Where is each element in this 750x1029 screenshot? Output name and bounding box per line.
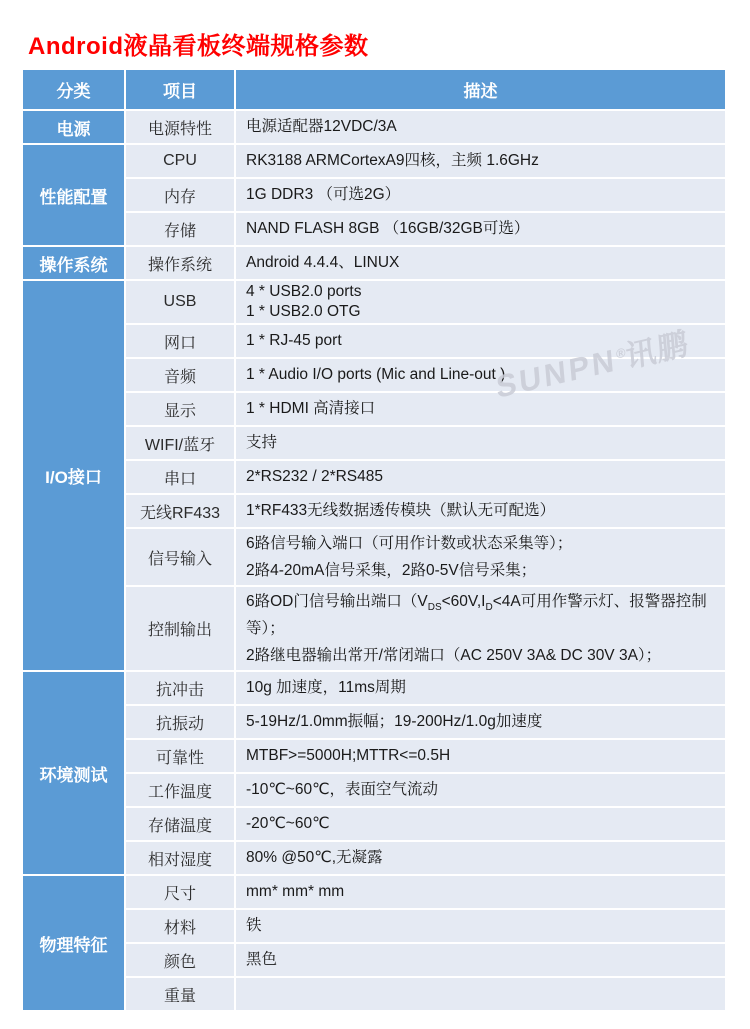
description-cell: 2*RS232 / 2*RS485 bbox=[235, 460, 726, 494]
item-cell: 控制输出 bbox=[125, 586, 235, 671]
description-cell: 黑色 bbox=[235, 943, 726, 977]
item-cell: 可靠性 bbox=[125, 739, 235, 773]
item-cell: 操作系统 bbox=[125, 246, 235, 280]
table-row: 电源电源特性电源适配器12VDC/3A bbox=[22, 110, 726, 144]
description-cell: 1 * RJ-45 port bbox=[235, 324, 726, 358]
description-line: 1*RF433无线数据透传模块（默认无可配选） bbox=[246, 501, 719, 521]
description-line: 10g 加速度，11ms周期 bbox=[246, 678, 719, 698]
description-line: MTBF>=5000H;MTTR<=0.5H bbox=[246, 746, 719, 766]
table-row: 相对湿度80% @50℃,无凝露 bbox=[22, 841, 726, 875]
description-line: -20℃~60℃ bbox=[246, 814, 719, 834]
description-line: Android 4.4.4、LINUX bbox=[246, 253, 719, 273]
table-row: 操作系统操作系统Android 4.4.4、LINUX bbox=[22, 246, 726, 280]
description-line: 1 * RJ-45 port bbox=[246, 331, 719, 351]
table-row: 网口1 * RJ-45 port bbox=[22, 324, 726, 358]
item-cell: 存储温度 bbox=[125, 807, 235, 841]
table-row: 可靠性MTBF>=5000H;MTTR<=0.5H bbox=[22, 739, 726, 773]
description-line: 电源适配器12VDC/3A bbox=[246, 117, 719, 137]
item-cell: 存储 bbox=[125, 212, 235, 246]
description-line: 2路继电器输出常开/常闭端口（AC 250V 3A& DC 30V 3A）； bbox=[246, 642, 719, 669]
table-row: 颜色黑色 bbox=[22, 943, 726, 977]
description-line: NAND FLASH 8GB （16GB/32GB可选） bbox=[246, 219, 719, 239]
table-row: 无线RF4331*RF433无线数据透传模块（默认无可配选） bbox=[22, 494, 726, 528]
description-cell: 1 * Audio I/O ports (Mic and Line-out ) bbox=[235, 358, 726, 392]
table-row: 材料铁 bbox=[22, 909, 726, 943]
description-line: 80% @50℃,无凝露 bbox=[246, 848, 719, 868]
description-line: 1 * HDMI 高清接口 bbox=[246, 399, 719, 419]
item-cell: USB bbox=[125, 280, 235, 324]
header-category: 分类 bbox=[22, 69, 125, 110]
table-row: WIFI/蓝牙支持 bbox=[22, 426, 726, 460]
description-line: 1 * USB2.0 OTG bbox=[246, 302, 719, 322]
description-line: 2*RS232 / 2*RS485 bbox=[246, 467, 719, 487]
description-cell: 1G DDR3 （可选2G） bbox=[235, 178, 726, 212]
description-line: 5-19Hz/1.0mm振幅；19-200Hz/1.0g加速度 bbox=[246, 712, 719, 732]
table-row: 内存1G DDR3 （可选2G） bbox=[22, 178, 726, 212]
page-title: Android液晶看板终端规格参数 bbox=[28, 26, 368, 61]
description-cell: -20℃~60℃ bbox=[235, 807, 726, 841]
item-cell: 电源特性 bbox=[125, 110, 235, 144]
table-row: 物理特征尺寸 mm* mm* mm bbox=[22, 875, 726, 909]
description-line: RK3188 ARMCortexA9四核，主频 1.6GHz bbox=[246, 151, 719, 171]
page: Android液晶看板终端规格参数 分类 项目 描述 电源电源特性电源适配器12… bbox=[0, 0, 750, 1029]
table-row: 重量 bbox=[22, 977, 726, 1011]
description-cell: 1*RF433无线数据透传模块（默认无可配选） bbox=[235, 494, 726, 528]
table-row: 存储NAND FLASH 8GB （16GB/32GB可选） bbox=[22, 212, 726, 246]
table-row: 存储温度-20℃~60℃ bbox=[22, 807, 726, 841]
description-line: 铁 bbox=[246, 916, 719, 936]
description-cell: 4 * USB2.0 ports1 * USB2.0 OTG bbox=[235, 280, 726, 324]
table-row: I/O接口USB4 * USB2.0 ports1 * USB2.0 OTG bbox=[22, 280, 726, 324]
description-line: -10℃~60℃，表面空气流动 bbox=[246, 780, 719, 800]
category-cell: 操作系统 bbox=[22, 246, 125, 280]
description-line: 1 * Audio I/O ports (Mic and Line-out ) bbox=[246, 365, 719, 385]
description-cell: 1 * HDMI 高清接口 bbox=[235, 392, 726, 426]
table-row: 信号输入6路信号输入端口（可用作计数或状态采集等）；2路4-20mA信号采集，2… bbox=[22, 528, 726, 586]
table-row: 工作温度-10℃~60℃，表面空气流动 bbox=[22, 773, 726, 807]
description-cell: Android 4.4.4、LINUX bbox=[235, 246, 726, 280]
category-cell: 物理特征 bbox=[22, 875, 125, 1011]
header-item: 项目 bbox=[125, 69, 235, 110]
category-cell: 电源 bbox=[22, 110, 125, 144]
description-cell: MTBF>=5000H;MTTR<=0.5H bbox=[235, 739, 726, 773]
item-cell: 串口 bbox=[125, 460, 235, 494]
category-cell: I/O接口 bbox=[22, 280, 125, 671]
item-cell: 抗振动 bbox=[125, 705, 235, 739]
item-cell: 显示 bbox=[125, 392, 235, 426]
item-cell: 网口 bbox=[125, 324, 235, 358]
description-line: 1G DDR3 （可选2G） bbox=[246, 185, 719, 205]
description-cell: 支持 bbox=[235, 426, 726, 460]
description-cell: mm* mm* mm bbox=[235, 875, 726, 909]
category-cell: 环境测试 bbox=[22, 671, 125, 875]
table-row: 性能配置CPURK3188 ARMCortexA9四核，主频 1.6GHz bbox=[22, 144, 726, 178]
description-cell: 5-19Hz/1.0mm振幅；19-200Hz/1.0g加速度 bbox=[235, 705, 726, 739]
item-cell: 音频 bbox=[125, 358, 235, 392]
header-description: 描述 bbox=[235, 69, 726, 110]
description-cell: 10g 加速度，11ms周期 bbox=[235, 671, 726, 705]
description-line: 2路4-20mA信号采集，2路0-5V信号采集； bbox=[246, 557, 719, 584]
description-line: 6路OD门信号输出端口（VDS<60V,ID<4A可用作警示灯、报警器控制等）； bbox=[246, 588, 719, 642]
description-cell bbox=[235, 977, 726, 1011]
item-cell: 抗冲击 bbox=[125, 671, 235, 705]
description-line: 黑色 bbox=[246, 950, 719, 970]
description-line: mm* mm* mm bbox=[246, 882, 719, 902]
item-cell: 材料 bbox=[125, 909, 235, 943]
header-row: 分类 项目 描述 bbox=[22, 69, 726, 110]
description-cell: 电源适配器12VDC/3A bbox=[235, 110, 726, 144]
item-cell: CPU bbox=[125, 144, 235, 178]
item-cell: 信号输入 bbox=[125, 528, 235, 586]
description-line: 支持 bbox=[246, 433, 719, 453]
description-cell: -10℃~60℃，表面空气流动 bbox=[235, 773, 726, 807]
item-cell: 内存 bbox=[125, 178, 235, 212]
table-row: 环境测试抗冲击10g 加速度，11ms周期 bbox=[22, 671, 726, 705]
category-cell: 性能配置 bbox=[22, 144, 125, 246]
table-row: 显示1 * HDMI 高清接口 bbox=[22, 392, 726, 426]
item-cell: 重量 bbox=[125, 977, 235, 1011]
spec-table-body: 电源电源特性电源适配器12VDC/3A性能配置CPURK3188 ARMCort… bbox=[22, 110, 726, 1011]
item-cell: 尺寸 bbox=[125, 875, 235, 909]
table-row: 音频1 * Audio I/O ports (Mic and Line-out … bbox=[22, 358, 726, 392]
item-cell: 相对湿度 bbox=[125, 841, 235, 875]
description-cell: RK3188 ARMCortexA9四核，主频 1.6GHz bbox=[235, 144, 726, 178]
spec-table: 分类 项目 描述 电源电源特性电源适配器12VDC/3A性能配置CPURK318… bbox=[21, 68, 727, 1012]
description-line: 6路信号输入端口（可用作计数或状态采集等）； bbox=[246, 530, 719, 557]
description-cell: NAND FLASH 8GB （16GB/32GB可选） bbox=[235, 212, 726, 246]
table-row: 串口2*RS232 / 2*RS485 bbox=[22, 460, 726, 494]
item-cell: 无线RF433 bbox=[125, 494, 235, 528]
description-cell: 80% @50℃,无凝露 bbox=[235, 841, 726, 875]
item-cell: 工作温度 bbox=[125, 773, 235, 807]
table-row: 控制输出6路OD门信号输出端口（VDS<60V,ID<4A可用作警示灯、报警器控… bbox=[22, 586, 726, 671]
table-row: 抗振动5-19Hz/1.0mm振幅；19-200Hz/1.0g加速度 bbox=[22, 705, 726, 739]
description-cell: 6路OD门信号输出端口（VDS<60V,ID<4A可用作警示灯、报警器控制等）；… bbox=[235, 586, 726, 671]
description-cell: 铁 bbox=[235, 909, 726, 943]
description-line: 4 * USB2.0 ports bbox=[246, 282, 719, 302]
item-cell: 颜色 bbox=[125, 943, 235, 977]
description-cell: 6路信号输入端口（可用作计数或状态采集等）；2路4-20mA信号采集，2路0-5… bbox=[235, 528, 726, 586]
item-cell: WIFI/蓝牙 bbox=[125, 426, 235, 460]
